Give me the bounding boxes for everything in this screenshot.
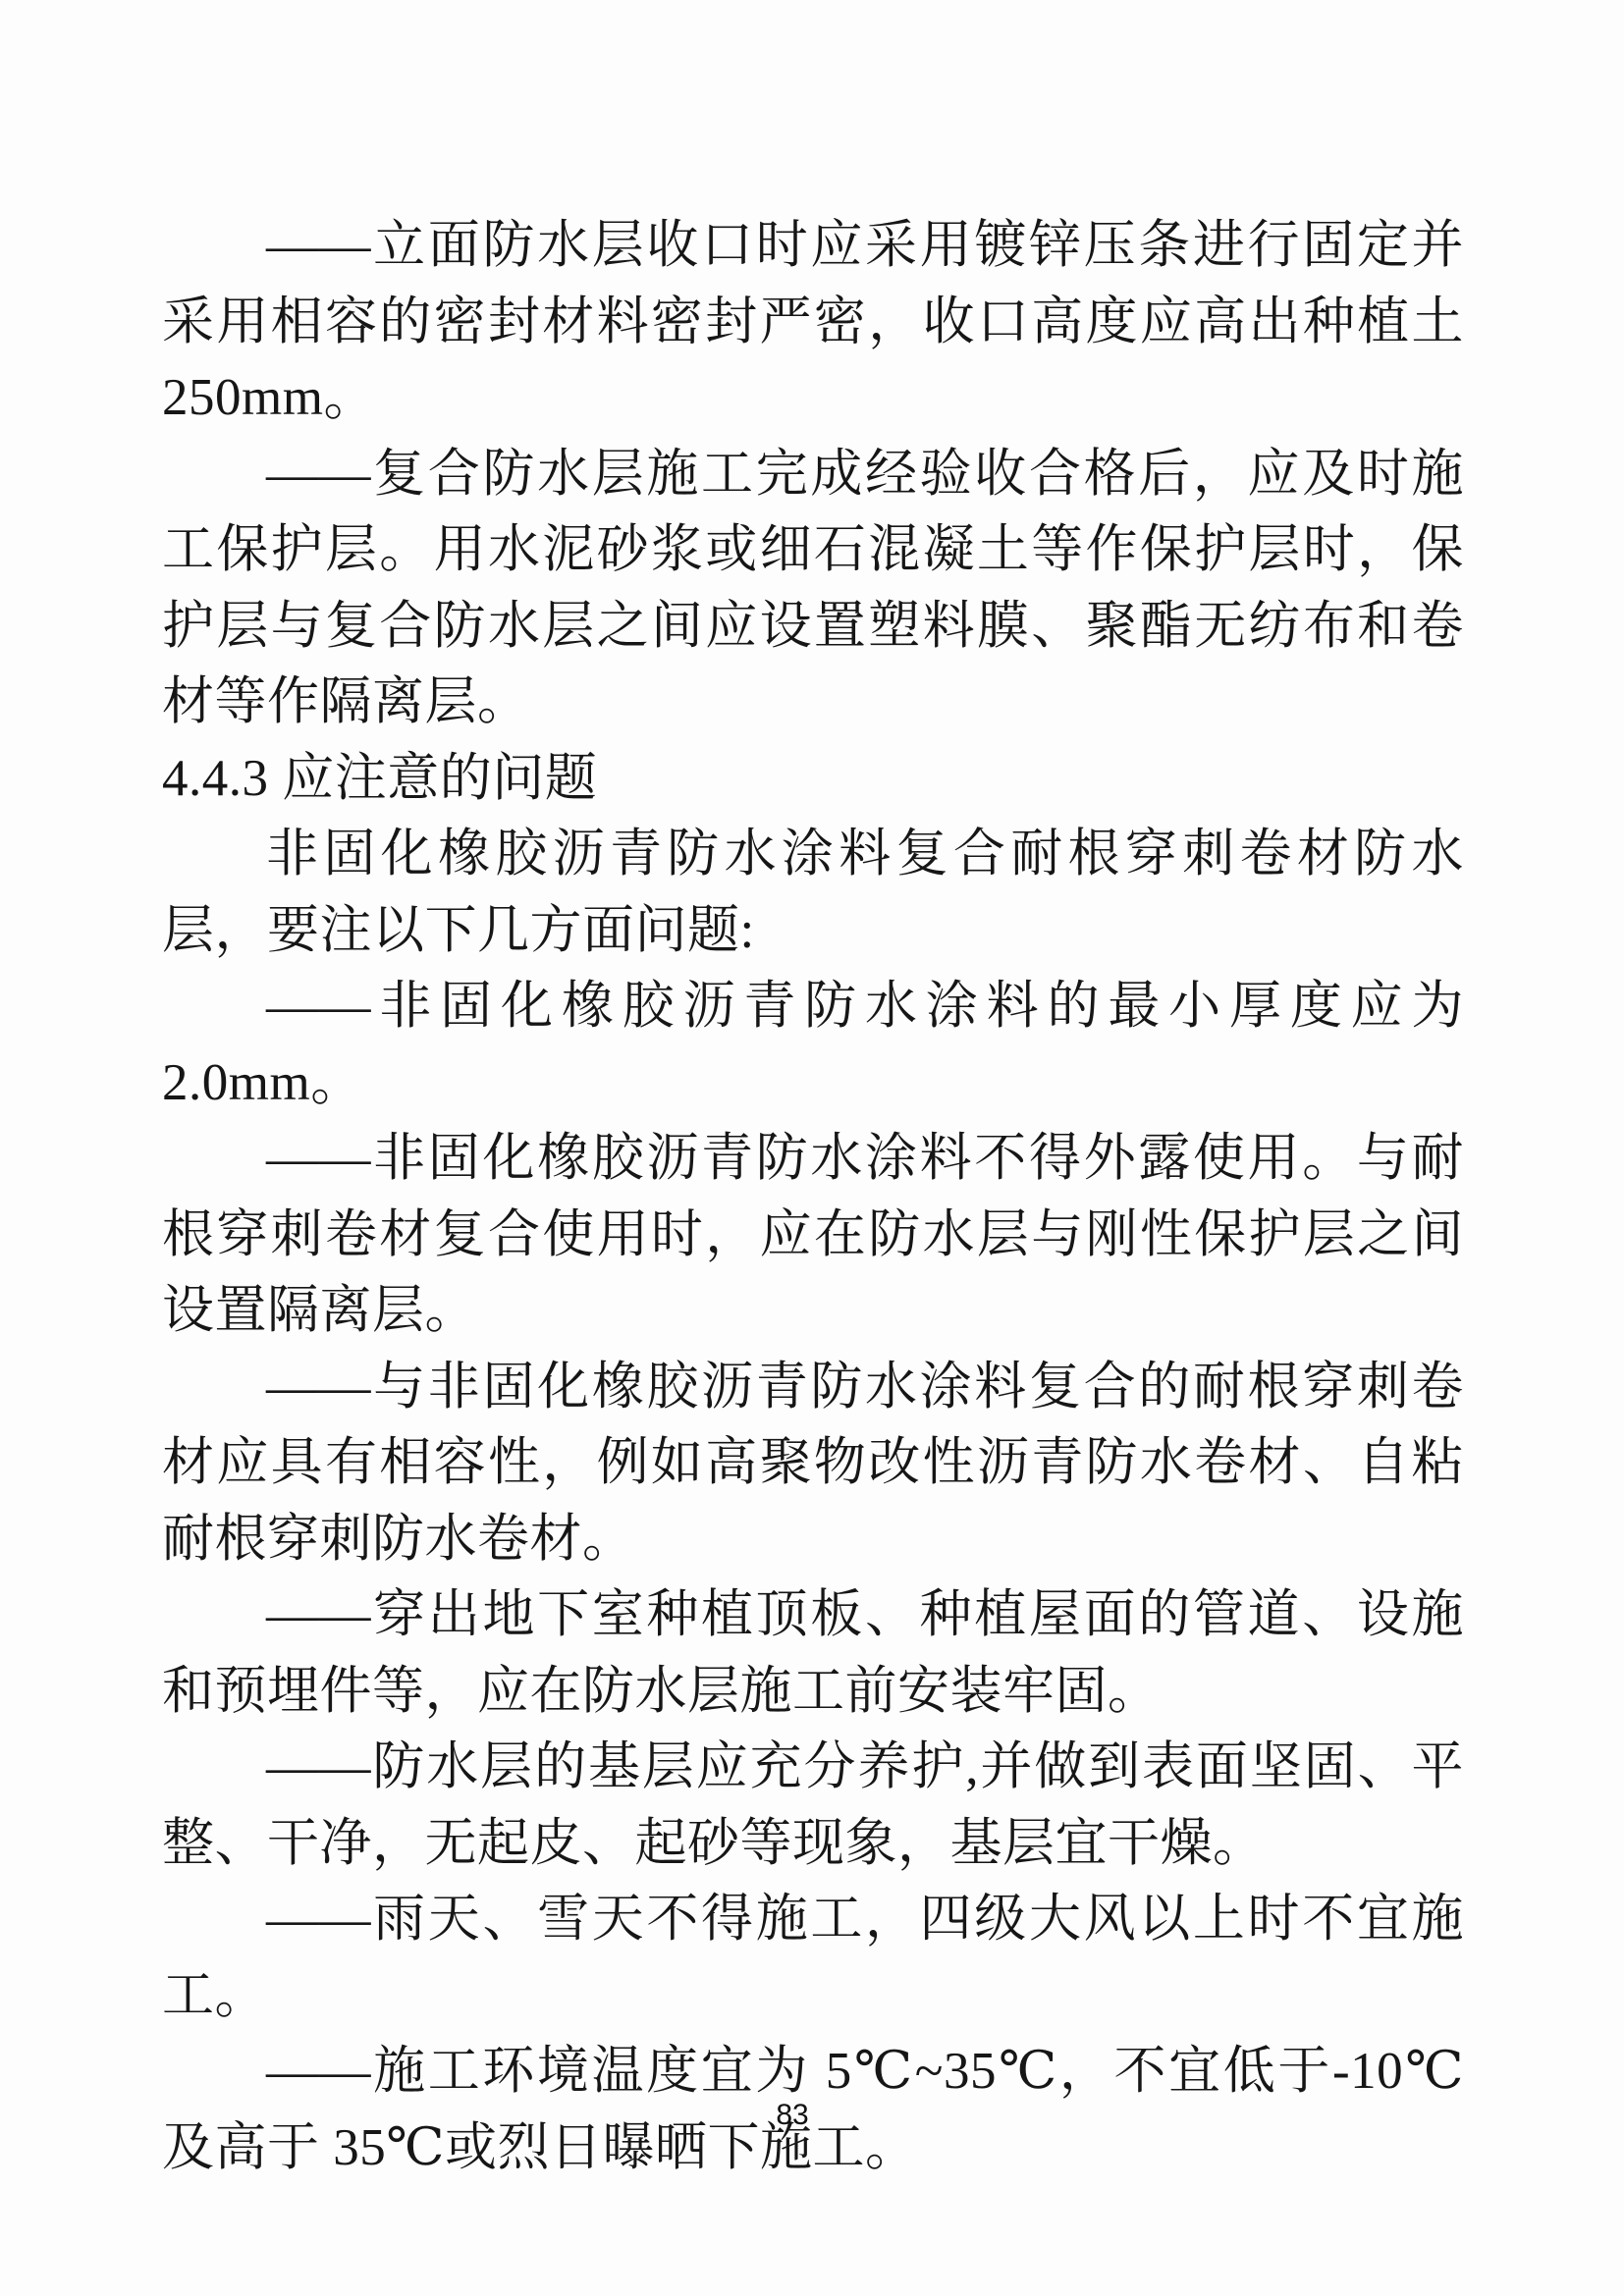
paragraph-issues-intro: 非固化橡胶沥青防水涂料复合耐根穿刺卷材防水层，要注以下几方面问题: bbox=[162, 817, 1464, 969]
paragraph-compatibility: ——与非固化橡胶沥青防水涂料复合的耐根穿刺卷材应具有相容性，例如高聚物改性沥青防… bbox=[162, 1350, 1464, 1578]
paragraph-min-thickness: ——非固化橡胶沥青防水涂料的最小厚度应为 2.0mm。 bbox=[162, 969, 1464, 1121]
page-number: 83 bbox=[0, 2099, 1585, 2132]
paragraph-no-exposed-use: ——非固化橡胶沥青防水涂料不得外露使用。与耐根穿刺卷材复合使用时，应在防水层与刚… bbox=[162, 1121, 1464, 1350]
paragraph-pipes-fixtures: ——穿出地下室种植顶板、种植屋面的管道、设施和预埋件等，应在防水层施工前安装牢固… bbox=[162, 1577, 1464, 1730]
paragraph-weather-restrictions: ——雨天、雪天不得施工，四级大风以上时不宜施工。 bbox=[162, 1882, 1464, 2034]
paragraph-composite-layer-protection: ——复合防水层施工完成经验收合格后，应及时施工保护层。用水泥砂浆或细石混凝土等作… bbox=[162, 437, 1464, 741]
section-heading-4-4-3: 4.4.3 应注意的问题 bbox=[162, 741, 1464, 818]
document-page: ——立面防水层收口时应采用镀锌压条进行固定并采用相容的密封材料密封严密，收口高度… bbox=[0, 0, 1624, 2296]
paragraph-facade-waterproof-closure: ——立面防水层收口时应采用镀锌压条进行固定并采用相容的密封材料密封严密，收口高度… bbox=[162, 208, 1464, 437]
paragraph-base-layer-curing: ——防水层的基层应充分养护,并做到表面坚固、平整、干净，无起皮、起砂等现象，基层… bbox=[162, 1730, 1464, 1882]
document-text-block: ——立面防水层收口时应采用镀锌压条进行固定并采用相容的密封材料密封严密，收口高度… bbox=[162, 208, 1464, 2186]
